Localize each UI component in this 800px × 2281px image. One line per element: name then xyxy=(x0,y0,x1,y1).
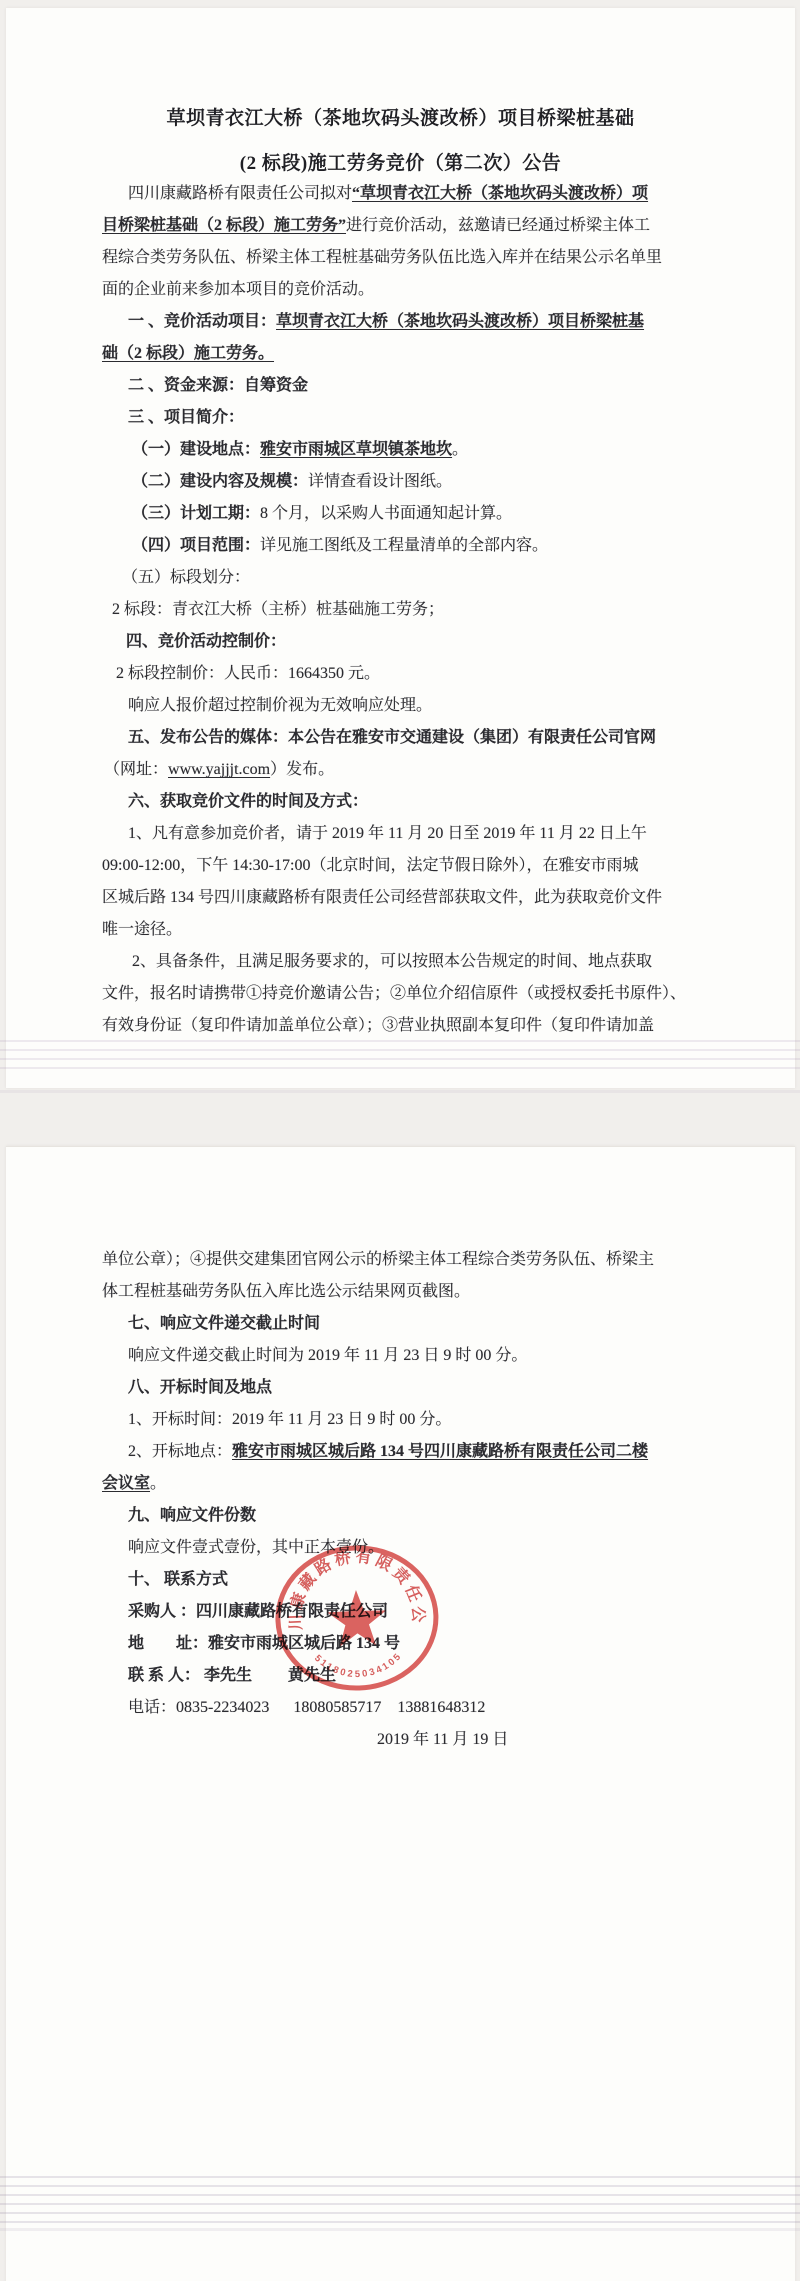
text-segment: 唯一途径。 xyxy=(102,921,182,938)
text-segment: 响应文件递交截止时间为 2019 年 11 月 23 日 9 时 00 分。 xyxy=(128,1347,527,1364)
text-segment: 2 标段控制价：人民币：1664350 元。 xyxy=(116,665,380,682)
text-segment: 目桥梁桩基础（2 标段）施工劳务” xyxy=(102,217,346,234)
page-2: 单位公章）；④提供交建集团官网公示的桥梁主体工程综合类劳务队伍、桥梁主体工程桩基… xyxy=(6,1146,795,2281)
text-segment: 1、开标时间：2019 年 11 月 23 日 9 时 00 分。 xyxy=(128,1411,451,1428)
text-segment: 进行竞价活动，兹邀请已经通过桥梁主体工 xyxy=(346,217,650,234)
text-segment: 。 xyxy=(452,441,468,458)
text-segment: 详情查看设计图纸。 xyxy=(308,473,452,490)
text-segment: （一）建设地点： xyxy=(132,441,260,458)
text-segment: 四川康藏路桥有限责任公司拟对 xyxy=(128,185,352,202)
seal-star-icon xyxy=(326,1589,387,1647)
document-date: 2019 年 11 月 19 日 xyxy=(102,1724,718,1756)
text-line: 1、凡有意参加竞价者，请于 2019 年 11 月 20 日至 2019 年 1… xyxy=(102,818,718,850)
text-segment: 2019 年 11 月 19 日 xyxy=(377,1731,508,1748)
text-segment: 响应人报价超过控制价视为无效响应处理。 xyxy=(128,697,432,714)
text-line: 八、开标时间及地点 xyxy=(102,1372,718,1404)
text-line: 2 标段控制价：人民币：1664350 元。 xyxy=(102,658,718,690)
text-line: （一）建设地点：雅安市雨城区草坝镇茶地坎。 xyxy=(102,434,718,466)
text-line: 程综合类劳务队伍、桥梁主体工程桩基础劳务队伍比选入库并在结果公示名单里 xyxy=(102,242,718,274)
text-line: 文件，报名时请携带①持竞价邀请公告；②单位介绍信原件（或授权委托书原件）、 xyxy=(102,978,718,1010)
text-segment: 有效身份证（复印件请加盖单位公章）；③营业执照副本复印件（复印件请加盖 xyxy=(102,1017,654,1034)
text-segment: 二 、资金来源：自筹资金 xyxy=(128,377,308,394)
text-line: （网址：www.yajjjt.com）发布。 xyxy=(102,754,718,786)
text-line: （五）标段划分： xyxy=(102,562,718,594)
text-segment: 雅安市雨城区城后路 134 号四川康藏路桥有限责任公司二楼 xyxy=(232,1443,648,1460)
text-segment: （四）项目范围： xyxy=(132,537,260,554)
text-segment: www.yajjjt.com xyxy=(168,761,270,778)
text-segment: 一 、竞价活动项目： xyxy=(128,313,276,330)
text-segment: 单位公章）；④提供交建集团官网公示的桥梁主体工程综合类劳务队伍、桥梁主 xyxy=(102,1251,654,1268)
text-segment: 四、竞价活动控制价： xyxy=(126,633,286,650)
text-segment: 2 标段：青衣江大桥（主桥）桩基础施工劳务； xyxy=(112,601,444,618)
text-line: （四）项目范围：详见施工图纸及工程量清单的全部内容。 xyxy=(102,530,718,562)
text-line: 区城后路 134 号四川康藏路桥有限责任公司经营部获取文件，此为获取竞价文件 xyxy=(102,882,718,914)
text-line: 1、开标时间：2019 年 11 月 23 日 9 时 00 分。 xyxy=(102,1404,718,1436)
text-segment: 区城后路 134 号四川康藏路桥有限责任公司经营部获取文件，此为获取竞价文件 xyxy=(102,889,662,906)
text-segment: 础（2 标段）施工劳务。 xyxy=(102,345,274,362)
text-segment: 雅安市雨城区草坝镇茶地坎 xyxy=(260,441,452,458)
text-line: 目桥梁桩基础（2 标段）施工劳务”进行竞价活动，兹邀请已经通过桥梁主体工 xyxy=(102,210,718,242)
phone-line: 电话：0835-2234023 18080585717 13881648312 xyxy=(102,1692,718,1724)
text-line: 09:00-12:00，下午 14:30-17:00（北京时间，法定节假日除外）… xyxy=(102,850,718,882)
text-segment: 五、发布公告的媒体： xyxy=(128,729,288,746)
text-segment: 会议室 xyxy=(102,1475,150,1492)
text-segment: （三）计划工期： xyxy=(132,505,260,522)
text-line: 七、响应文件递交截止时间 xyxy=(102,1308,718,1340)
text-segment: （五）标段划分： xyxy=(122,569,250,586)
text-segment: 详见施工图纸及工程量清单的全部内容。 xyxy=(260,537,548,554)
text-segment: 六、获取竞价文件的时间及方式： xyxy=(128,793,368,810)
text-line: （三）计划工期：8 个月，以采购人书面通知起计算。 xyxy=(102,498,718,530)
text-line: 会议室。 xyxy=(102,1468,718,1500)
scan-artifact-band xyxy=(0,1090,800,1093)
text-line: 二 、资金来源：自筹资金 xyxy=(102,370,718,402)
text-segment: （二）建设内容及规模： xyxy=(132,473,308,490)
text-line: 单位公章）；④提供交建集团官网公示的桥梁主体工程综合类劳务队伍、桥梁主 xyxy=(102,1244,718,1276)
text-segment: 程综合类劳务队伍、桥梁主体工程桩基础劳务队伍比选入库并在结果公示名单里 xyxy=(102,249,662,266)
text-segment: 体工程桩基础劳务队伍入库比选公示结果网页截图。 xyxy=(102,1283,470,1300)
text-line: 2、开标地点：雅安市雨城区城后路 134 号四川康藏路桥有限责任公司二楼 xyxy=(102,1436,718,1468)
text-segment: ）发布。 xyxy=(270,761,334,778)
text-segment: 文件，报名时请携带①持竞价邀请公告；②单位介绍信原件（或授权委托书原件）、 xyxy=(102,985,686,1002)
document-title: 草坝青衣江大桥（茶地坎码头渡改桥）项目桥梁桩基础(2 标段)施工劳务竞价（第二次… xyxy=(6,96,795,186)
text-line: 五、发布公告的媒体：本公告在雅安市交通建设（集团）有限责任公司官网 xyxy=(102,722,718,754)
text-segment: 本公告在雅安市交通建设（集团）有限责任公司官网 xyxy=(288,729,656,746)
text-segment: 1、凡有意参加竞价者，请于 2019 年 11 月 20 日至 2019 年 1… xyxy=(128,825,647,842)
text-segment: “草坝青衣江大桥（茶地坎码头渡改桥）项 xyxy=(352,185,648,202)
text-segment: 面的企业前来参加本项目的竞价活动。 xyxy=(102,281,374,298)
text-segment: 电话：0835-2234023 18080585717 13881648312 xyxy=(128,1699,485,1716)
company-seal: 四川康藏路桥有限责任公司 5118025034105 xyxy=(269,1541,444,1699)
text-segment: 2、具备条件，且满足服务要求的，可以按照本公告规定的时间、地点获取 xyxy=(132,953,652,970)
text-line: 九、响应文件份数 xyxy=(102,1500,718,1532)
text-line: 体工程桩基础劳务队伍入库比选公示结果网页截图。 xyxy=(102,1276,718,1308)
text-line: 2、具备条件，且满足服务要求的，可以按照本公告规定的时间、地点获取 xyxy=(102,946,718,978)
text-segment: 三 、项目简介： xyxy=(128,409,244,426)
page-1: 草坝青衣江大桥（茶地坎码头渡改桥）项目桥梁桩基础(2 标段)施工劳务竞价（第二次… xyxy=(6,8,795,1088)
text-segment: 草坝青衣江大桥（茶地坎码头渡改桥）项目桥梁桩基 xyxy=(276,313,644,330)
page-1-body: 四川康藏路桥有限责任公司拟对“草坝青衣江大桥（茶地坎码头渡改桥）项目桥梁桩基础（… xyxy=(102,178,718,1042)
text-line: 一 、竞价活动项目：草坝青衣江大桥（茶地坎码头渡改桥）项目桥梁桩基 xyxy=(102,306,718,338)
text-segment: （网址： xyxy=(104,761,168,778)
text-line: 六、获取竞价文件的时间及方式： xyxy=(102,786,718,818)
text-line: （二）建设内容及规模：详情查看设计图纸。 xyxy=(102,466,718,498)
text-line: 面的企业前来参加本项目的竞价活动。 xyxy=(102,274,718,306)
text-line: 四、竞价活动控制价： xyxy=(102,626,718,658)
seal-number-text: 5118025034105 xyxy=(312,1650,406,1682)
text-segment: 十、 联系方式 xyxy=(128,1571,228,1588)
text-segment: 8 个月，以采购人书面通知起计算。 xyxy=(260,505,512,522)
text-line: 响应文件递交截止时间为 2019 年 11 月 23 日 9 时 00 分。 xyxy=(102,1340,718,1372)
text-segment: 七、响应文件递交截止时间 xyxy=(128,1315,320,1332)
text-segment: 。 xyxy=(150,1475,166,1492)
text-line: 三 、项目简介： xyxy=(102,402,718,434)
text-segment: 09:00-12:00，下午 14:30-17:00（北京时间，法定节假日除外）… xyxy=(102,857,638,874)
text-line: 有效身份证（复印件请加盖单位公章）；③营业执照副本复印件（复印件请加盖 xyxy=(102,1010,718,1042)
text-segment: 2、开标地点： xyxy=(128,1443,232,1460)
text-line: 础（2 标段）施工劳务。 xyxy=(102,338,718,370)
scanned-document: 草坝青衣江大桥（茶地坎码头渡改桥）项目桥梁桩基础(2 标段)施工劳务竞价（第二次… xyxy=(0,0,800,2281)
text-segment: 九、响应文件份数 xyxy=(128,1507,256,1524)
document-title-line: 草坝青衣江大桥（茶地坎码头渡改桥）项目桥梁桩基础 xyxy=(6,96,795,141)
text-line: 唯一途径。 xyxy=(102,914,718,946)
text-line: 四川康藏路桥有限责任公司拟对“草坝青衣江大桥（茶地坎码头渡改桥）项 xyxy=(102,178,718,210)
text-line: 响应人报价超过控制价视为无效响应处理。 xyxy=(102,690,718,722)
text-segment: 八、开标时间及地点 xyxy=(128,1379,272,1396)
text-line: 2 标段：青衣江大桥（主桥）桩基础施工劳务； xyxy=(102,594,718,626)
